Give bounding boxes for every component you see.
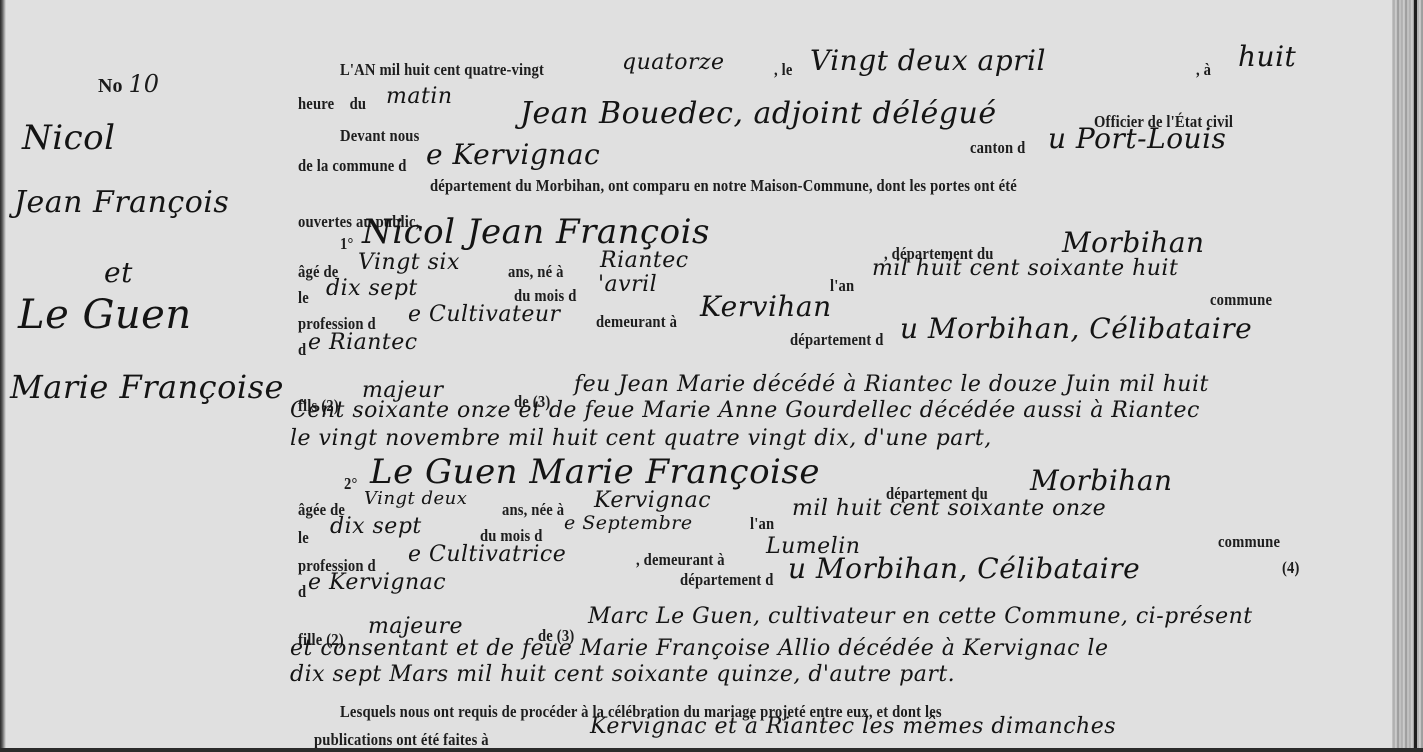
hand-groom-residence: Kervihan <box>700 290 832 323</box>
print-d-bride: d <box>298 582 306 602</box>
acte-number-value: 10 <box>128 70 159 98</box>
hand-groom-day: dix sept <box>326 276 418 301</box>
hand-bride-dept2: u Morbihan, Célibataire <box>788 552 1140 585</box>
print-le: , le <box>774 60 793 80</box>
hand-bride-commune: e Kervignac <box>308 570 446 595</box>
hand-bride-year: mil huit cent soixante onze <box>792 496 1106 521</box>
acte-number: No10 <box>98 70 159 98</box>
print-an: L'AN mil huit cent quatre-vingt <box>340 60 544 80</box>
hand-bride-dept: Morbihan <box>1030 464 1173 497</box>
hand-groom-age: Vingt six <box>358 250 460 275</box>
hand-bride-month: e Septembre <box>564 512 693 534</box>
print-demeurant: demeurant à <box>596 312 677 332</box>
hand-groom-dept: Morbihan <box>1062 226 1205 259</box>
print-ne-a: ans, né à <box>508 262 564 282</box>
print-publications: publications ont été faites à <box>314 730 489 750</box>
hand-groom-parents-3: le vingt novembre mil huit cent quatre v… <box>290 426 992 451</box>
hand-bride-parents-3: dix sept Mars mil huit cent soixante qui… <box>290 662 955 687</box>
print-note-4: (4) <box>1282 558 1300 578</box>
print-dept2-bride: département d <box>680 570 774 590</box>
print-devant-nous: Devant nous <box>340 126 419 146</box>
print-an-groom: l'an <box>830 276 854 296</box>
print-canton: canton d <box>970 138 1025 158</box>
hand-year: quatorze <box>622 50 725 75</box>
hand-groom-year: mil huit cent soixante huit <box>872 256 1178 281</box>
hand-bride-name: Le Guen Marie Françoise <box>370 452 820 492</box>
margin-surname-bride: Le Guen <box>18 292 192 338</box>
print-d: d <box>298 340 306 360</box>
hand-bride-profession: e Cultivatrice <box>408 542 566 567</box>
hand-publications: Kervignac et à Riantec les mêmes dimanch… <box>590 714 1116 739</box>
hand-hour: huit <box>1238 40 1296 73</box>
print-groom-num: 1° <box>340 234 354 254</box>
hand-groom-dept2: u Morbihan, Célibataire <box>900 312 1252 345</box>
print-commune-groom: commune <box>1210 290 1272 310</box>
margin-et: et <box>104 256 133 289</box>
hand-groom-parents-2: Cent soixante onze et de feue Marie Anne… <box>290 398 1200 423</box>
print-commune-bride: commune <box>1218 532 1280 552</box>
hand-date: Vingt deux april <box>810 44 1046 77</box>
print-bride-num: 2° <box>344 474 358 494</box>
print-le-bride: le <box>298 528 309 548</box>
margin-given-bride: Marie Françoise <box>10 368 284 406</box>
print-departement: département du Morbihan, ont comparu en … <box>430 176 1017 196</box>
register-binding <box>1392 0 1423 748</box>
print-commune: de la commune d <box>298 156 407 176</box>
hand-commune: e Kervignac <box>426 138 600 171</box>
hand-canton: u Port-Louis <box>1048 122 1226 155</box>
hand-officer: Jean Bouedec, adjoint délégué <box>520 96 997 131</box>
hand-bride-age: Vingt deux <box>364 488 467 509</box>
hand-time: matin <box>386 84 453 109</box>
print-dept2: département d <box>790 330 884 350</box>
print-nee-a: ans, née à <box>502 500 564 520</box>
hand-groom-name: Nicol Jean François <box>362 212 710 252</box>
print-a: , à <box>1196 60 1211 80</box>
margin-surname-groom: Nicol <box>22 118 116 158</box>
page-left-edge <box>0 0 6 748</box>
hand-groom-month: 'avril <box>598 272 657 297</box>
hand-groom-profession: e Cultivateur <box>408 302 561 327</box>
hand-bride-parents-1: Marc Le Guen, cultivateur en cette Commu… <box>588 604 1253 629</box>
print-demeurant-bride: , demeurant à <box>636 550 725 570</box>
viewer-bottom-bar <box>0 748 1423 752</box>
hand-bride-birthplace: Kervignac <box>594 488 711 513</box>
register-page: No10 Nicol Jean François et Le Guen Mari… <box>0 0 1423 748</box>
hand-groom-parents-1: feu Jean Marie décédé à Riantec le douze… <box>574 372 1209 397</box>
hand-groom-commune: e Riantec <box>308 330 418 355</box>
hand-bride-parents-2: et consentant et de feue Marie Françoise… <box>290 636 1109 661</box>
hand-groom-birthplace: Riantec <box>600 248 689 273</box>
hand-bride-day: dix sept <box>330 514 422 539</box>
print-le: le <box>298 288 309 308</box>
print-an-bride: l'an <box>750 514 774 534</box>
print-heure: heure du <box>298 94 366 114</box>
margin-given-groom: Jean François <box>14 185 229 220</box>
